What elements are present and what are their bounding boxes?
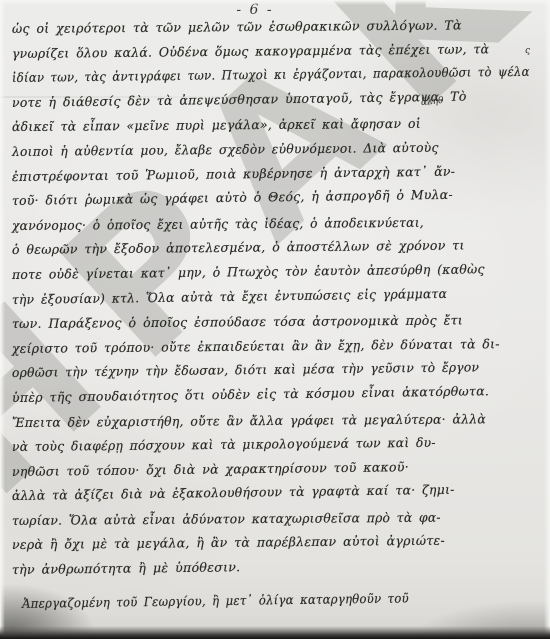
interlinear-annotation: ς xyxy=(524,46,530,56)
manuscript-line: Ἀπεργαζομένη τοῦ Γεωργίου, ἢ μετ᾽ ὀλίγα … xyxy=(12,589,503,621)
scan-edge-right xyxy=(544,0,550,639)
manuscript-line: τὴν ἀνθρωπότητα ἢ μὲ ὑπόθεσιν. xyxy=(12,556,542,587)
manuscript-text-block: ὡς οἱ χειρότεροι τὰ τῶν μελῶν τῶν ἐσωθρα… xyxy=(12,21,542,620)
scanned-manuscript-page: ΗΡΑΚΛ - 6 - ὡς οἱ χειρότεροι τὰ τῶν μελῶ… xyxy=(0,0,550,639)
scan-edge-left xyxy=(0,0,5,639)
scan-edge-bottom xyxy=(0,626,550,639)
scan-edge-top xyxy=(0,0,550,5)
